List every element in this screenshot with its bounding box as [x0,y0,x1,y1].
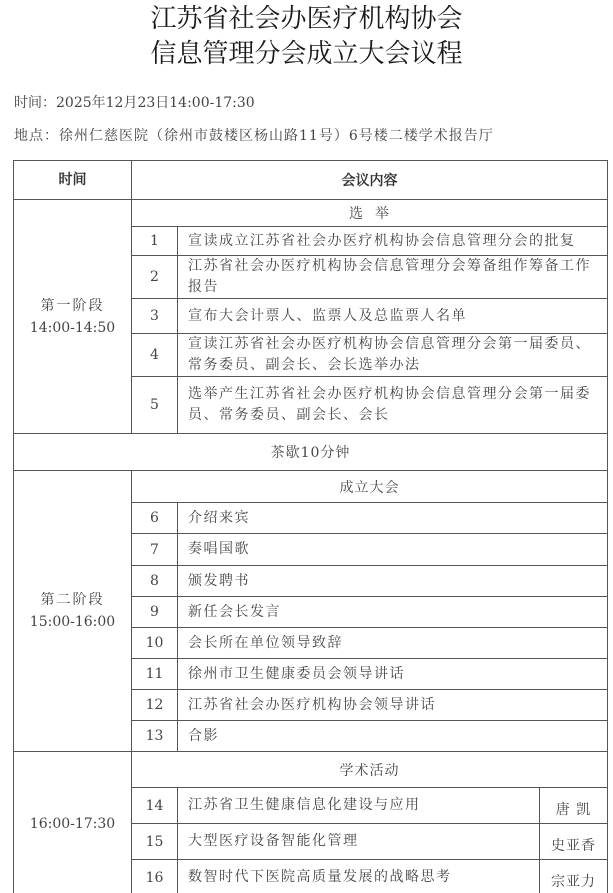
item-number: 15 [132,824,178,860]
item-number: 13 [132,721,178,752]
meeting-location: 地点：徐州仁慈医院（徐州市鼓楼区杨山路11号）6号楼二楼学术报告厅 [14,127,494,145]
phase1-time: 14:00-14:50 [14,317,131,339]
item-number: 14 [132,788,178,824]
item-number: 4 [132,334,178,377]
item-text: 选举产生江苏省社会办医疗机构协会信息管理分会第一届委员、常务委员、副会长、会长 [178,377,608,434]
meeting-time: 时间：2025年12月23日14:00-17:30 [14,94,255,112]
item-text: 奏唱国歌 [178,534,608,566]
item-speaker: 史亚香 [540,824,608,860]
item-text: 数智时代下医院高质量发展的战略思考 [178,860,540,893]
item-text: 徐州市卫生健康委员会领导讲话 [178,659,608,690]
section-founding: 成立大会 [132,471,608,503]
item-speaker: 宗亚力 [540,860,608,893]
document-title-line2: 信息管理分会成立大会议程 [0,39,613,69]
phase2-time: 15:00-16:00 [14,611,131,633]
phase3-time-cell: 16:00-17:30 [14,752,132,893]
item-number: 11 [132,659,178,690]
item-number: 1 [132,227,178,256]
section-row-election: 第一阶段 14:00-14:50 选 举 [14,200,608,227]
item-text: 会长所在单位领导致辞 [178,628,608,659]
item-number: 7 [132,534,178,566]
item-text: 合影 [178,721,608,752]
item-text: 介绍来宾 [178,503,608,534]
item-number: 16 [132,860,178,893]
agenda-table: 时间 会议内容 第一阶段 14:00-14:50 选 举 1 宣读成立江苏省社会… [13,160,608,893]
item-text: 宣读成立江苏省社会办医疗机构协会信息管理分会的批复 [178,227,608,256]
tea-break-row: 茶歇10分钟 [14,434,608,471]
phase1-time-cell: 第一阶段 14:00-14:50 [14,200,132,434]
item-number: 6 [132,503,178,534]
phase1-name: 第一阶段 [14,295,131,317]
tea-break: 茶歇10分钟 [14,434,608,471]
table-header-row: 时间 会议内容 [14,161,608,200]
item-number: 2 [132,256,178,299]
phase2-time-cell: 第二阶段 15:00-16:00 [14,471,132,752]
item-number: 8 [132,566,178,597]
item-text: 江苏省卫生健康信息化建设与应用 [178,788,540,824]
section-election: 选 举 [132,200,608,227]
item-number: 3 [132,299,178,334]
phase3-time: 16:00-17:30 [14,813,131,835]
item-text: 大型医疗设备智能化管理 [178,824,540,860]
item-text: 新任会长发言 [178,597,608,628]
item-number: 10 [132,628,178,659]
item-text: 江苏省社会办医疗机构协会领导讲话 [178,690,608,721]
item-number: 12 [132,690,178,721]
item-text: 宣读江苏省社会办医疗机构协会信息管理分会第一届委员、常务委员、副会长、会长选举办… [178,334,608,377]
section-row-academic: 16:00-17:30 学术活动 [14,752,608,788]
item-text: 宣布大会计票人、监票人及总监票人名单 [178,299,608,334]
header-time: 时间 [14,161,132,200]
item-number: 5 [132,377,178,434]
item-speaker: 唐 凯 [540,788,608,824]
section-academic: 学术活动 [132,752,608,788]
header-content: 会议内容 [132,161,608,200]
item-text: 江苏省社会办医疗机构协会信息管理分会筹备组作筹备工作报告 [178,256,608,299]
phase2-name: 第二阶段 [14,589,131,611]
section-row-founding: 第二阶段 15:00-16:00 成立大会 [14,471,608,503]
document-title-line1: 江苏省社会办医疗机构协会 [0,4,613,34]
item-number: 9 [132,597,178,628]
item-text: 颁发聘书 [178,566,608,597]
